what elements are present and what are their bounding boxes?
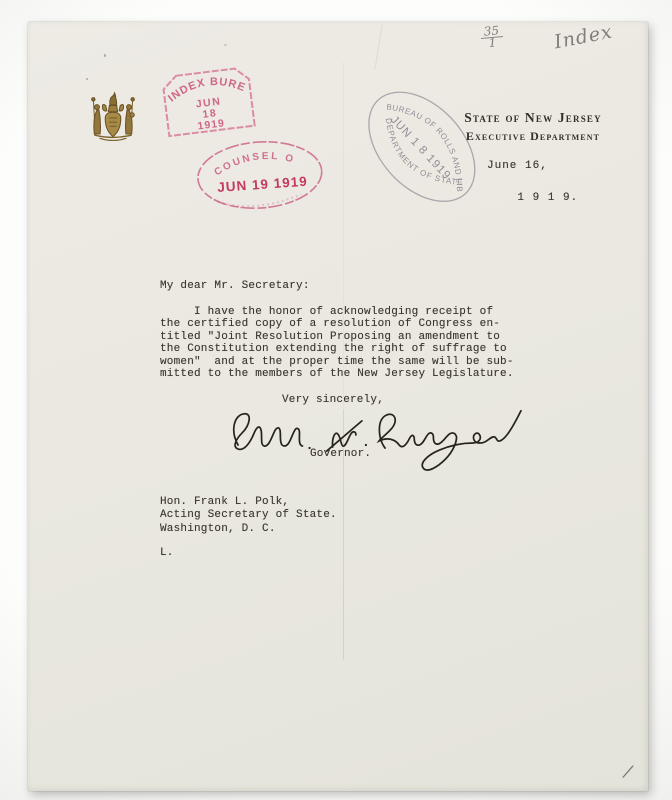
dateline-month-day: June 16,: [487, 160, 548, 172]
paper-speck: [104, 54, 106, 57]
paper-crease: [374, 24, 382, 70]
counsel-stamp-date: JUN 19 1919: [217, 174, 308, 195]
counsel-stamp-label: COUNSEL O: [212, 149, 298, 179]
bureau-of-rolls-stamp: BUREAU OF ROLLS AND LIBRARY JUN 1 8 1919…: [337, 64, 503, 233]
paper-speck: [86, 78, 88, 80]
letterhead-department: Executive Department: [440, 129, 626, 144]
paper-speck: [224, 44, 227, 46]
fold-line: [343, 410, 344, 660]
dateline-year: 1 9 1 9.: [517, 192, 578, 204]
salutation: My dear Mr. Secretary:: [160, 280, 310, 292]
counsel-stamp: COUNSEL O JUN 19 1919: [191, 134, 328, 220]
typist-initial: L.: [160, 547, 174, 559]
letter-page: 35 1 Index: [28, 22, 648, 791]
letterhead: State of New Jersey Executive Department: [440, 110, 626, 144]
recipient-address: Hon. Frank L. Polk, Acting Secretary of …: [160, 496, 337, 536]
letterhead-state: State of New Jersey: [440, 110, 626, 126]
fold-line-faint: [343, 62, 344, 410]
svg-text:COUNSEL O: COUNSEL O: [212, 149, 298, 179]
index-handwritten-note: Index: [552, 21, 614, 54]
letter-body: I have the honor of acknowledging receip…: [160, 306, 514, 380]
new-jersey-seal-icon: [86, 90, 140, 153]
tally-mark: /: [623, 762, 633, 783]
governor-signature: [228, 400, 525, 489]
docket-number: 35 1: [479, 25, 505, 50]
dateline: June 16, 1 9 1 9.: [487, 158, 578, 222]
index-bureau-stamp: INDEX BUREAU JUN 18 1919: [159, 63, 260, 151]
signature-title: Governor.: [310, 448, 371, 460]
docket-denominator: 1: [480, 37, 505, 50]
